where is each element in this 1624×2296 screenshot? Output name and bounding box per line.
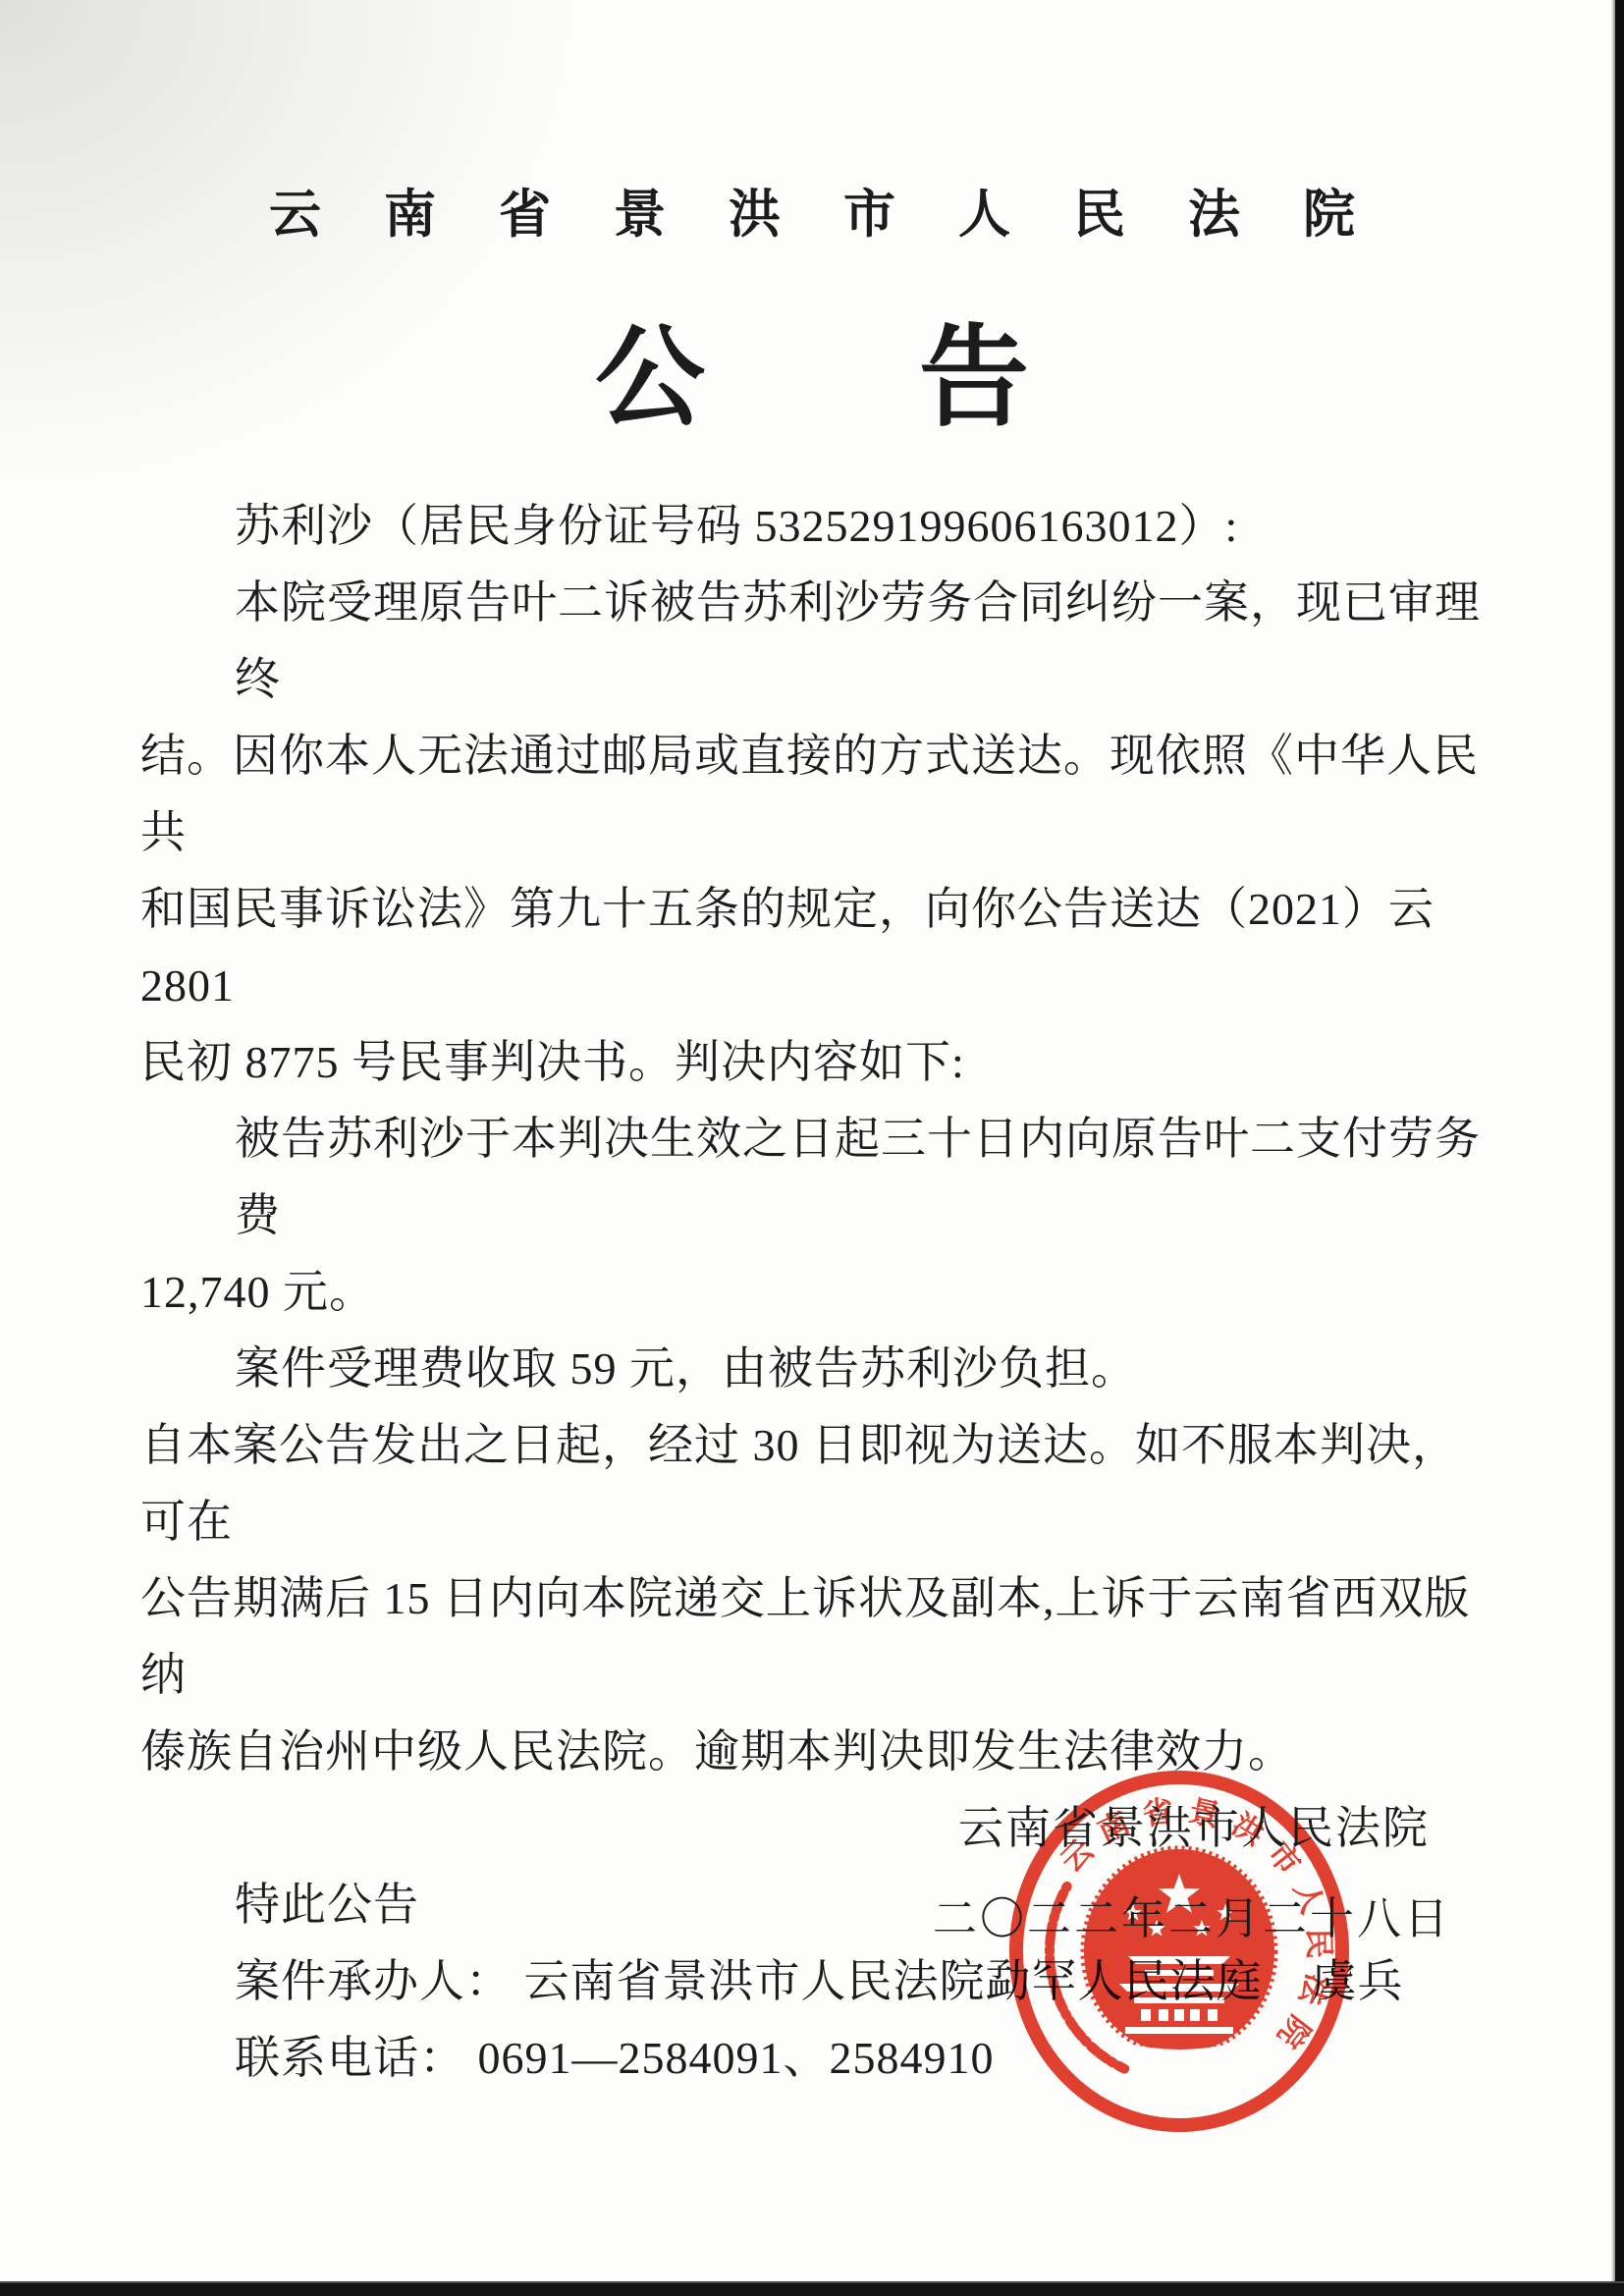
body-line: 被告苏利沙于本判决生效之日起三十日内向原告叶二支付劳务费 — [140, 1101, 1489, 1254]
scan-shadow-top-left — [0, 0, 628, 530]
body-line: 苏利沙（居民身份证号码 532529199606163012）: — [140, 488, 1489, 565]
national-emblem — [1084, 1849, 1274, 2053]
body-line: 案件受理费收取 59 元，由被告苏利沙负担。 — [140, 1331, 1489, 1407]
scan-edge-bottom — [0, 2281, 1624, 2296]
body-line: 结。因你本人无法通过邮局或直接的方式送达。现依照《中华人民共 — [140, 718, 1489, 871]
body-line: 本院受理原告叶二诉被告苏利沙劳务合同纠纷一案，现已审理终 — [140, 565, 1489, 718]
notice-title: 公 告 — [0, 314, 1624, 444]
court-name-title: 云南省景洪市人民法院 — [0, 183, 1624, 247]
document-page: 云南省景洪市人民法院 公 告 苏利沙（居民身份证号码 5325291996061… — [0, 0, 1624, 2296]
signature-court-name: 云南省景洪市人民法院 — [958, 1803, 1430, 1854]
signature-date: 二〇二二年二月二十八日 — [933, 1893, 1451, 1944]
body-line: 12,740 元。 — [140, 1254, 1489, 1331]
scan-edge-right — [1615, 0, 1624, 2296]
body-line: 民初 8775 号民事判决书。判决内容如下: — [140, 1024, 1489, 1101]
body-line: 和国民事诉讼法》第九十五条的规定，向你公告送达（2021）云 2801 — [140, 871, 1489, 1024]
body-line: 自本案公告发出之日起，经过 30 日即视为送达。如不服本判决，可在 — [140, 1407, 1489, 1560]
body-line: 公告期满后 15 日内向本院递交上诉状及副本,上诉于云南省西双版纳 — [140, 1560, 1489, 1714]
